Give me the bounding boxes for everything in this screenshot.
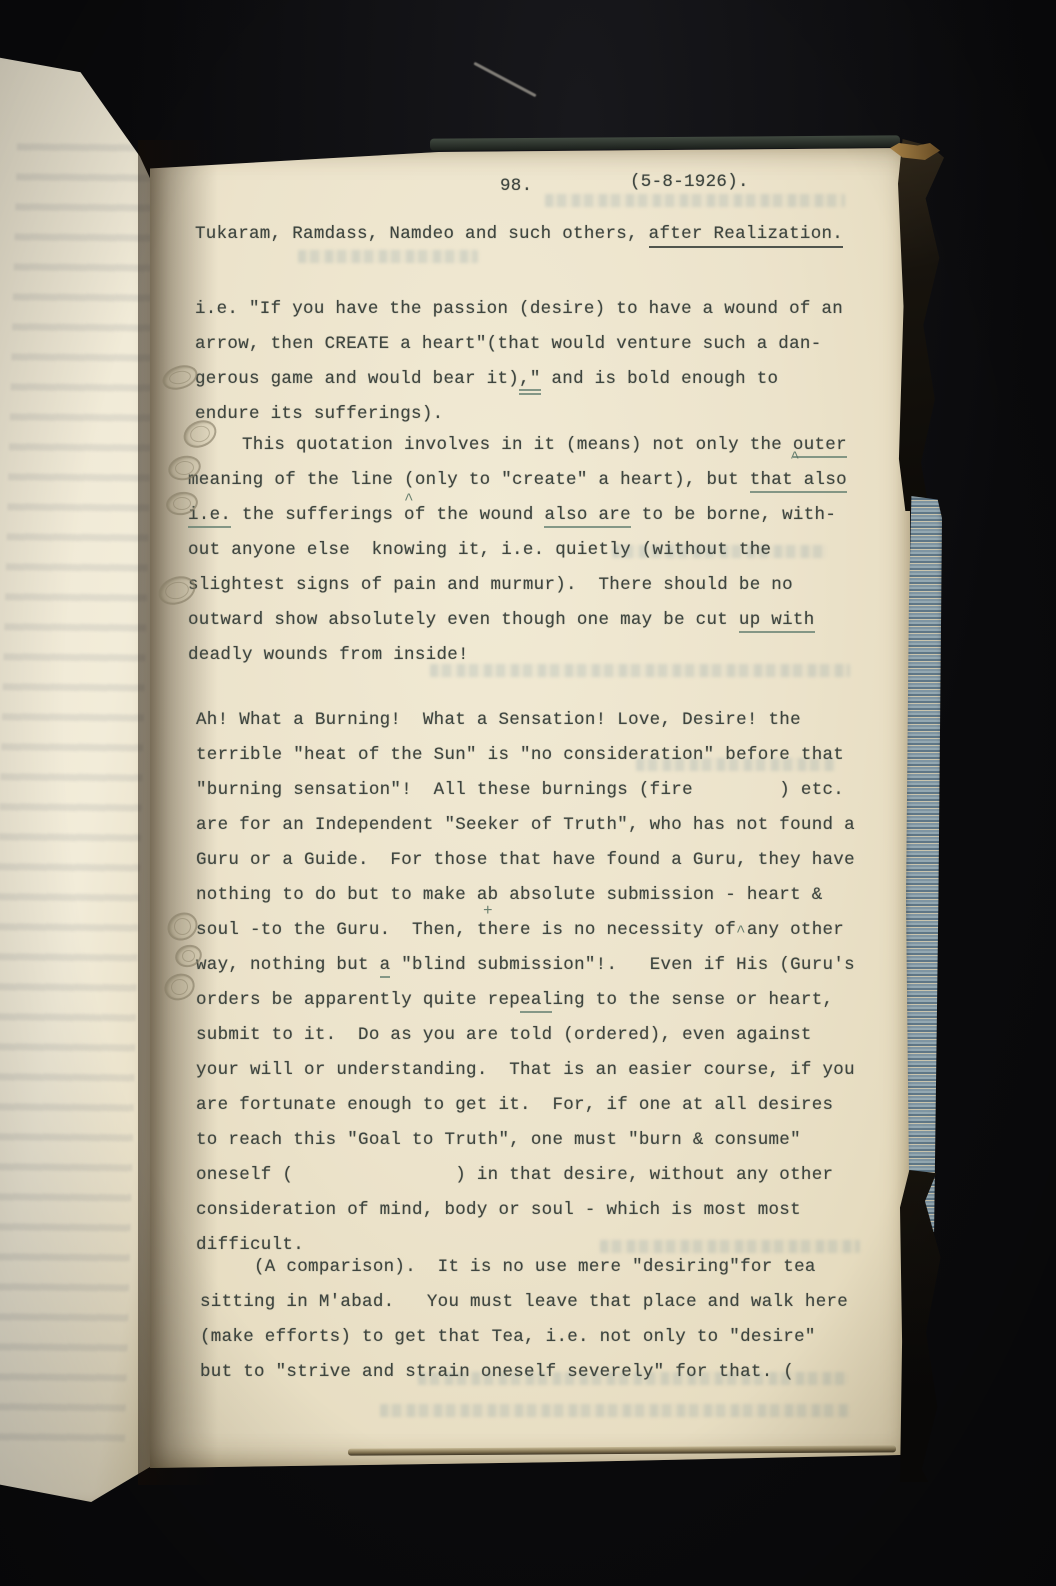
embossed-stamp — [162, 907, 202, 946]
pencil-mark: + — [483, 903, 493, 919]
embossed-stamp-inner — [171, 915, 193, 937]
embossed-stamp-inner — [188, 424, 212, 445]
pencil-mark: ^ — [736, 924, 746, 940]
embossed-stamp — [160, 969, 198, 1005]
embossed-stamp — [166, 452, 204, 483]
embossed-stamp-inner — [181, 949, 195, 962]
embossed-stamp — [159, 361, 200, 394]
embossed-stamp — [164, 489, 200, 517]
embossed-stamp-inner — [173, 497, 191, 511]
annotations-layer: ^^+^ — [0, 0, 1056, 1586]
embossed-stamp — [179, 415, 221, 453]
embossed-stamp-inner — [163, 580, 190, 602]
book-photo-scene: 98. (5-8-1926). Tukaram, Ramdass, Namdeo… — [0, 0, 1056, 1586]
pencil-mark: ^ — [790, 450, 800, 466]
embossed-stamp — [173, 942, 205, 970]
embossed-stamp-inner — [169, 977, 189, 997]
embossed-stamp-inner — [174, 460, 194, 476]
embossed-stamp — [155, 571, 200, 609]
pencil-mark: ^ — [404, 492, 414, 508]
embossed-stamp-inner — [168, 369, 192, 386]
